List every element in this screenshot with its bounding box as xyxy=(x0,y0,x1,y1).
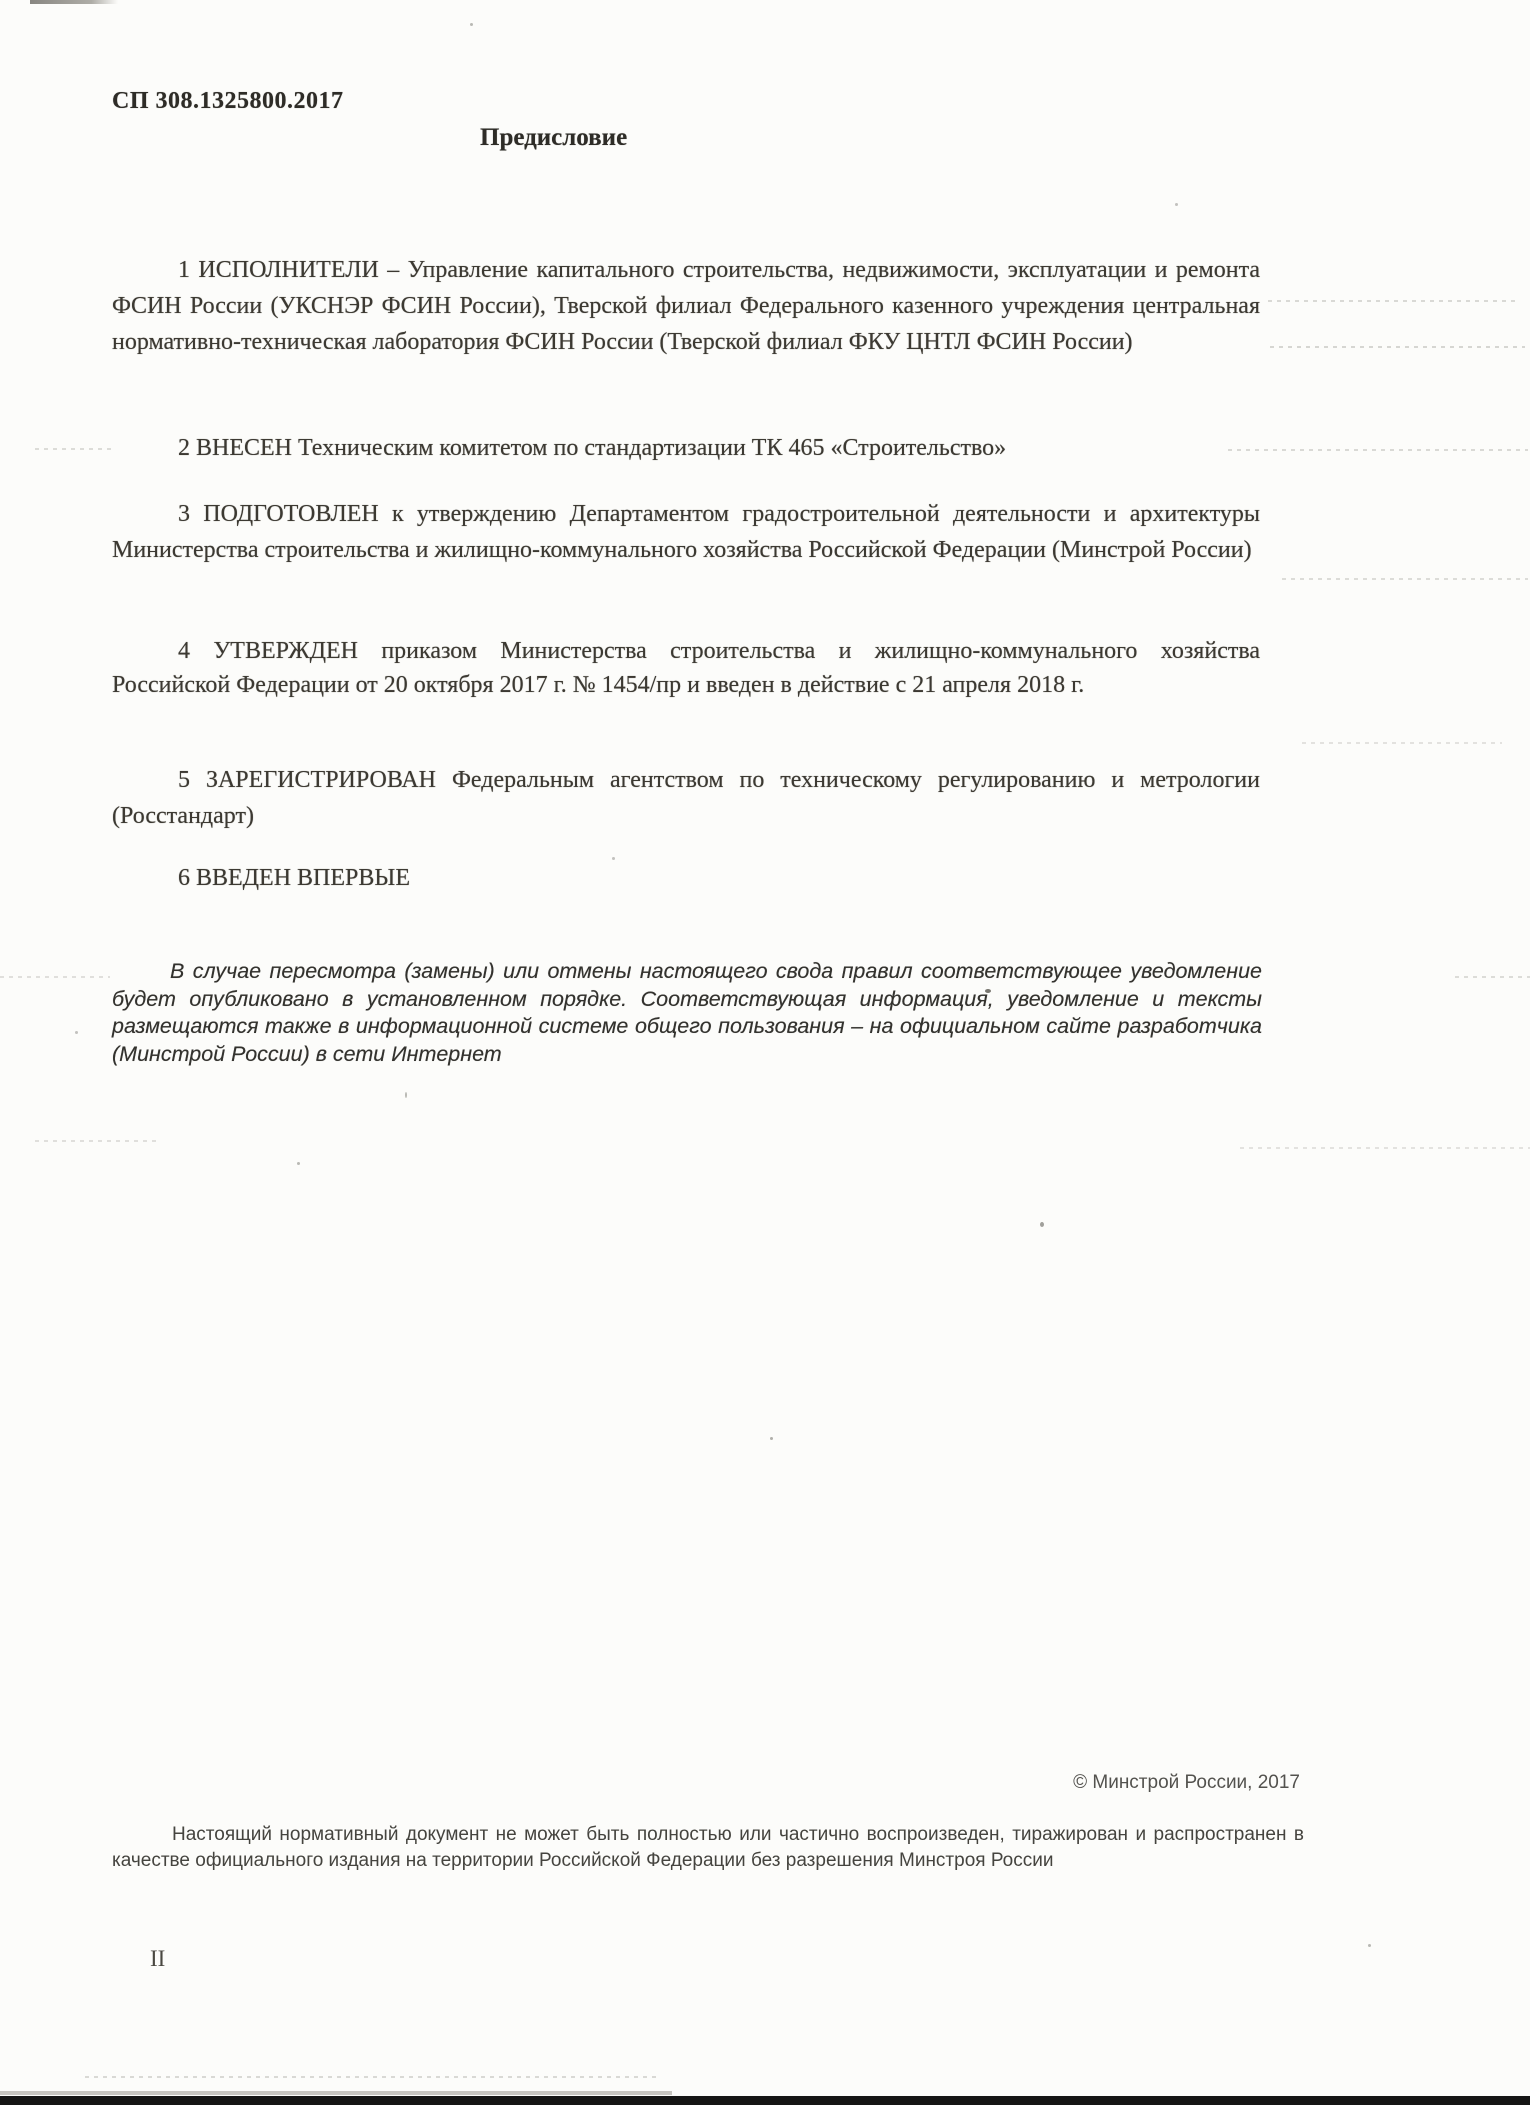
scan-smudge-bottom xyxy=(0,2091,672,2095)
scan-speck xyxy=(1368,1944,1371,1947)
foreword-item-5: 5 ЗАРЕГИСТРИРОВАН Федеральным агентством… xyxy=(112,762,1260,834)
scan-streak xyxy=(1228,449,1528,451)
scan-streak xyxy=(85,2076,660,2078)
scan-speck xyxy=(297,1162,300,1165)
foreword-item-2: 2 ВНЕСЕН Техническим комитетом по станда… xyxy=(112,430,1260,466)
scan-speck xyxy=(405,1092,407,1098)
scan-streak xyxy=(1240,1147,1530,1149)
scan-streak xyxy=(0,976,110,978)
scan-speck xyxy=(470,23,473,26)
revision-note: В случае пересмотра (замены) или отмены … xyxy=(112,958,1262,1068)
scan-speck xyxy=(1175,203,1178,206)
scanned-page: СП 308.1325800.2017 Предисловие 1 ИСПОЛН… xyxy=(0,0,1530,2105)
foreword-item-3: 3 ПОДГОТОВЛЕН к утверждению Департаменто… xyxy=(112,496,1260,568)
foreword-item-4: 4 УТВЕРЖДЕН приказом Министерства строит… xyxy=(112,634,1260,702)
scan-speck xyxy=(985,989,991,993)
scan-streak xyxy=(35,1140,157,1142)
page-title: Предисловие xyxy=(480,124,627,152)
scan-streak xyxy=(1455,976,1530,978)
scan-speck xyxy=(75,1031,78,1034)
scan-smudge-top xyxy=(30,0,118,4)
scan-streak xyxy=(1270,346,1525,348)
reproduction-notice: Настоящий нормативный документ не может … xyxy=(112,1822,1304,1874)
scan-speck xyxy=(1040,1222,1044,1227)
scan-speck xyxy=(770,1437,773,1440)
scan-streak xyxy=(1302,742,1502,744)
scan-edge-bar xyxy=(0,2096,1530,2105)
scan-streak xyxy=(1268,300,1520,302)
scan-streak xyxy=(35,448,113,450)
doc-number: СП 308.1325800.2017 xyxy=(112,88,344,115)
foreword-item-1: 1 ИСПОЛНИТЕЛИ – Управление капитального … xyxy=(112,252,1260,360)
copyright-line: © Минстрой России, 2017 xyxy=(1073,1772,1300,1794)
scan-speck xyxy=(612,857,615,860)
scan-streak xyxy=(1282,578,1528,580)
page-number: II xyxy=(150,1946,165,1972)
foreword-item-6: 6 ВВЕДЕН ВПЕРВЫЕ xyxy=(112,860,1260,896)
